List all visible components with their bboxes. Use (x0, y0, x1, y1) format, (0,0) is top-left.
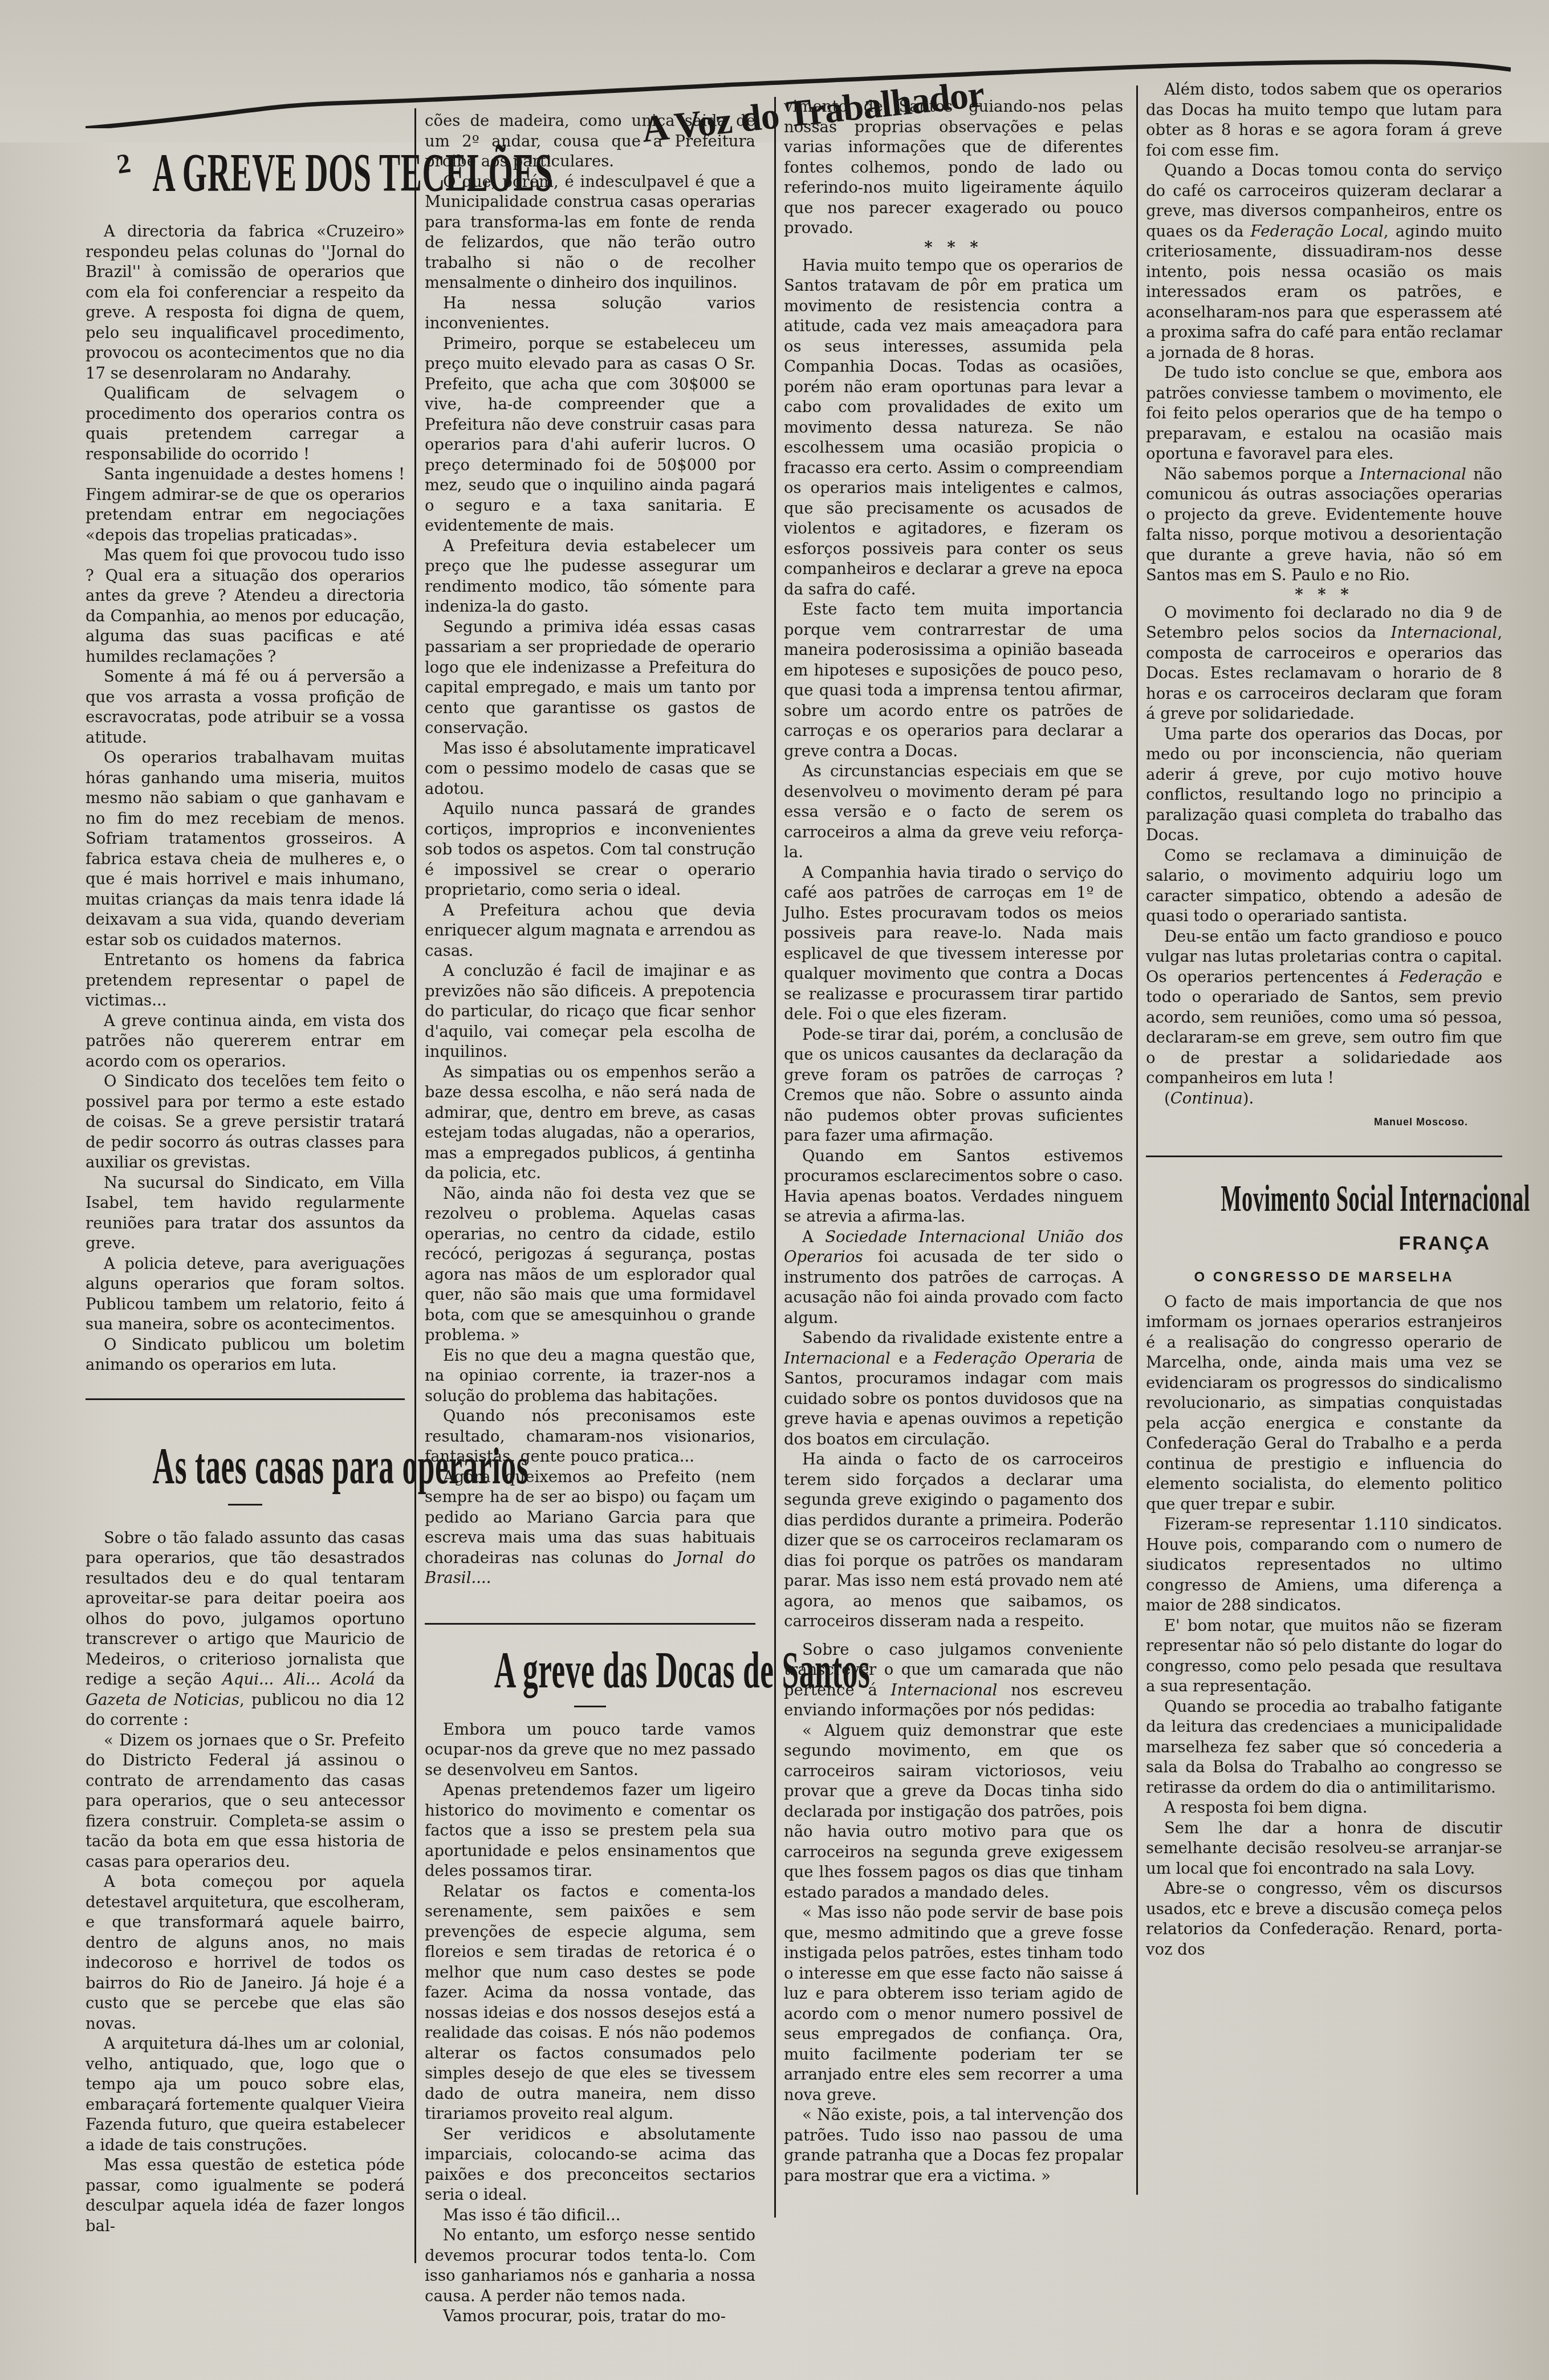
paragraph: Mas essa questão de estetica póde passar… (86, 2155, 405, 2236)
paragraph: Este facto tem muita importancia porque … (784, 600, 1123, 762)
organization-name: Federação Operaria (934, 1349, 1096, 1368)
paragraph: Mas isso é absolutamente impraticavel co… (425, 739, 755, 800)
column-rule-2 (774, 97, 776, 2218)
paragraph: Sem lhe dar a honra de discutir semelhan… (1146, 1818, 1502, 1879)
paragraph: A resposta foi bem digna. (1146, 1798, 1502, 1818)
paragraph: A Companhia havia tirado o serviço do ca… (784, 863, 1123, 1025)
article-movimento-social: Movimento Social Internacional FRANÇA O … (1146, 1173, 1502, 1960)
paragraph: Uma parte dos operarios das Docas, por m… (1146, 725, 1502, 846)
paragraph: Agora queixemos ao Prefeito (nem sempre … (425, 1467, 755, 1589)
country-heading: FRANÇA (1146, 1234, 1491, 1254)
headline-dash (228, 1504, 262, 1506)
organization-name: Internacional (891, 1681, 998, 1699)
article-taes-casas: As taes casas para operarios Sobre o tão… (86, 1434, 405, 2237)
paragraph: Entretanto os homens da fabrica pretende… (86, 950, 405, 1011)
text: , agindo muito criteriosamente, dissuadi… (1146, 222, 1502, 362)
article-greve-teceloes: A GREVE DOS TECELÕES A directoria da fab… (86, 139, 405, 1376)
text: e a (891, 1349, 934, 1368)
author-signature: Manuel Moscoso. (1146, 1112, 1468, 1133)
article-greve-docas: A greve das Docas de Santos Embora um po… (425, 1638, 755, 2327)
paragraph: As simpatias ou os empenhos serão a baze… (425, 1063, 755, 1184)
paragraph: Sobre o caso julgamos conveniente transc… (784, 1640, 1123, 1721)
headline-greve-teceloes: A GREVE DOS TECELÕES (153, 139, 338, 207)
paragraph: Aquilo nunca passará de grandes cortiços… (425, 799, 755, 901)
paragraph: Quando se procedia ao trabalho fatigante… (1146, 1697, 1502, 1799)
paragraph: Sabendo da rivalidade existente entre a … (784, 1328, 1123, 1450)
continua-label: Continua (1170, 1089, 1243, 1108)
paragraph: No entanto, um esforço nesse sentido dev… (425, 2226, 755, 2306)
text: Sabendo da rivalidade existente entre a (802, 1329, 1123, 1347)
paragraph: Os operarios trabalhavam muitas hóras ga… (86, 748, 405, 950)
paragraph: Sobre o tão falado assunto das casas par… (86, 1528, 405, 1731)
paragraph: A directoria da fabrica «Cruzeiro» respo… (86, 222, 405, 384)
newspaper-name: Gazeta de Noticias (86, 1691, 239, 1709)
organization-name: Internacional (1360, 465, 1466, 483)
text: Sobre o tão falado assunto das casas par… (86, 1529, 405, 1689)
paragraph: O que, porém, é indesculpavel é que a Mu… (425, 172, 755, 294)
paragraph: O Sindicato publicou um boletim animando… (86, 1335, 405, 1376)
paragraph: E' bom notar, que muitos não se fizeram … (1146, 1616, 1502, 1697)
text: A (802, 1228, 825, 1246)
paragraph: Qualificam de selvagem o procedimento do… (86, 384, 405, 465)
paragraph: Na sucursal do Sindicato, em Villa Isabe… (86, 1173, 405, 1254)
paragraph: Como se reclamava a diminuição de salari… (1146, 846, 1502, 927)
quoted-paragraph: « Alguem quiz demonstrar que este segund… (784, 1721, 1123, 1903)
text: da (385, 1670, 405, 1689)
quoted-paragraph: « Não existe, pois, a tal intervenção do… (784, 2105, 1123, 2186)
column-rule-3 (1136, 86, 1138, 2195)
paragraph: A greve continua ainda, em vista dos pat… (86, 1011, 405, 1072)
paragraph: O facto de mais importancia de que nos i… (1146, 1292, 1502, 1515)
paragraph: Eis no que deu a magna questão que, na o… (425, 1346, 755, 1407)
headline-taes-casas: As taes casas para operarios (153, 1434, 338, 1497)
paragraph: A Prefeitura devia estabelecer um preço … (425, 536, 755, 617)
paragraph: O movimento foi declarado no dia 9 de Se… (1146, 603, 1502, 725)
article-divider (425, 1623, 755, 1625)
organization-name: Federação (1399, 968, 1482, 986)
paragraph: Ha nessa solução varios inconvenientes. (425, 294, 755, 334)
paragraph: Não sabemos porque a Internacional não c… (1146, 465, 1502, 586)
paragraph-continuation: vimento de Santos guiando-nos pelas noss… (784, 97, 1123, 239)
column-1: A GREVE DOS TECELÕES A directoria da fab… (86, 134, 405, 2236)
paragraph: A policia deteve, para averiguações algu… (86, 1254, 405, 1335)
column-4: Além disto, todos sabem que os operarios… (1146, 80, 1502, 1960)
paragraph: Além disto, todos sabem que os operarios… (1146, 80, 1502, 161)
organization-name: Federação Local (1251, 222, 1384, 241)
paragraph: Pode-se tirar dai, porém, a conclusão de… (784, 1025, 1123, 1146)
paragraph: A Sociedade Internacional União dos Oper… (784, 1227, 1123, 1329)
paragraph: Mas quem foi que provocou tudo isso ? Qu… (86, 546, 405, 667)
paragraph: Apenas pretendemos fazer um ligeiro hist… (425, 1780, 755, 1882)
headline-dash (574, 1706, 606, 1707)
paragraph: Quando nós preconisamos este resultado, … (425, 1406, 755, 1467)
paragraph: A bota começou por aquela detestavel arq… (86, 1872, 405, 2034)
paragraph: O Sindicato dos tecelões tem feito o pos… (86, 1072, 405, 1173)
paragraph: Relatar os factos e comenta-los serename… (425, 1882, 755, 2125)
paragraph: Quando a Docas tomou conta do serviço do… (1146, 161, 1502, 363)
asterism-separator: * * * (1146, 586, 1502, 603)
asterism-separator: * * * (784, 239, 1123, 256)
paragraph: A Prefeitura achou que devia enriquecer … (425, 901, 755, 962)
paragraph: Abre-se o congresso, vêm os discursos us… (1146, 1879, 1502, 1960)
paragraph: Segundo a primiva idéa essas casas passa… (425, 617, 755, 739)
headline-greve-docas: A greve das Docas de Santos (494, 1638, 686, 1701)
paragraph: Fizeram-se representar 1.110 sindicatos.… (1146, 1515, 1502, 1616)
paragraph: Embora um pouco tarde vamos ocupar-nos d… (425, 1720, 755, 1781)
quoted-paragraph: « Mas isso não pode servir de base pois … (784, 1903, 1123, 2105)
subheadline: O CONGRESSO DE MARSELHA (1146, 1267, 1502, 1288)
organization-name: Internacional (784, 1349, 891, 1368)
section-name: Aqui... Ali... Acolá (222, 1670, 375, 1689)
paragraph: As circunstancias especiais em que se de… (784, 762, 1123, 863)
article-divider (86, 1398, 405, 1400)
paragraph: Ser veridicos e absolutamente imparciais… (425, 2125, 755, 2206)
paragraph: « Dizem os jornaes que o Sr. Prefeito do… (86, 1731, 405, 1873)
paragraph: Ha ainda o facto de os carroceiros terem… (784, 1450, 1123, 1632)
paragraph: Deu-se então um facto grandioso e pouco … (1146, 927, 1502, 1089)
paragraph-continuation: cões de madeira, como unica saida de um … (425, 111, 755, 172)
paragraph: Primeiro, porque se estabeleceu um preço… (425, 334, 755, 536)
organization-name: Internacional (1391, 624, 1497, 642)
column-rule-1 (414, 108, 416, 2263)
column-2: cões de madeira, como unica saida de um … (425, 111, 755, 2327)
paragraph: Vamos procurar, pois, tratar do mo- (425, 2306, 755, 2327)
continued-note: (Continua). (1146, 1089, 1502, 1109)
column-3: vimento de Santos guiando-nos pelas noss… (784, 97, 1123, 2186)
paragraph: Não, ainda não foi desta vez que se rezo… (425, 1184, 755, 1346)
text: Não sabemos porque a (1164, 465, 1360, 483)
paragraph: A concluzão é facil de imajinar e as pre… (425, 961, 755, 1063)
paragraph: Havia muito tempo que os operarios de Sa… (784, 256, 1123, 600)
paragraph: De tudo isto conclue se que, embora aos … (1146, 363, 1502, 465)
paragraph: Quando em Santos estivemos procuramos es… (784, 1146, 1123, 1227)
paragraph: Mas isso é tão dificil... (425, 2206, 755, 2226)
paragraph: Somente á má fé ou á perversão a que vos… (86, 667, 405, 748)
paragraph: A arquitetura dá-lhes um ar colonial, ve… (86, 2034, 405, 2155)
paragraph: Santa ingenuidade a destes homens ! Fing… (86, 465, 405, 546)
headline-movimento-social: Movimento Social Internacional (1221, 1173, 1428, 1224)
article-divider (1146, 1156, 1502, 1157)
